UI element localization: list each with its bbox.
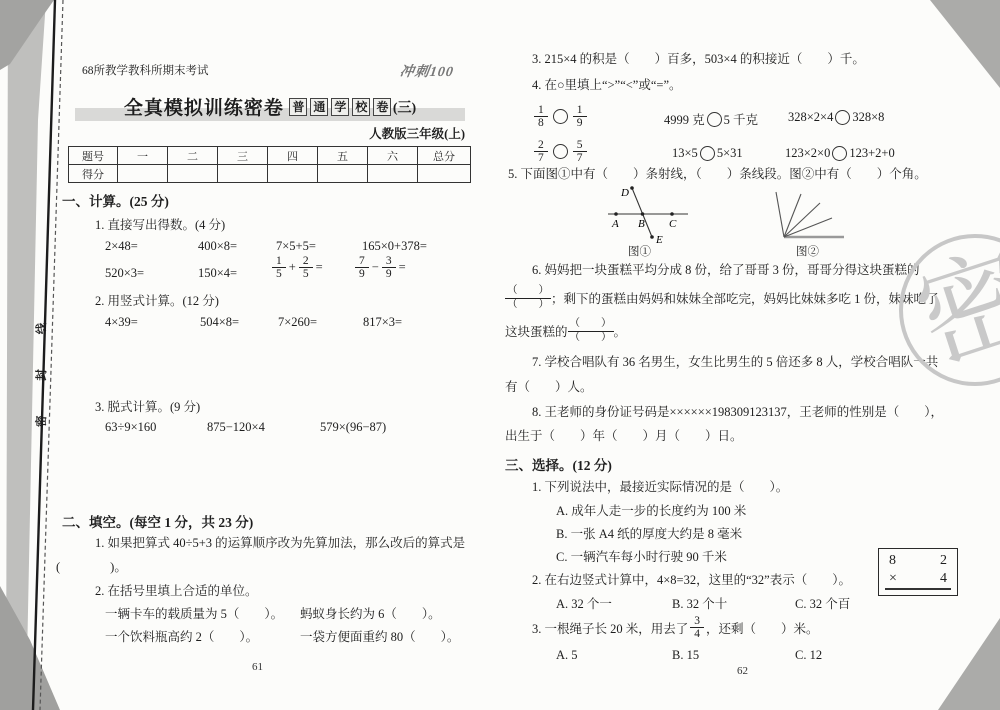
calc-q2-item: 504×8= bbox=[200, 315, 239, 331]
fill-q2-item1: 一辆卡车的载质量为 5（ ）。 bbox=[105, 607, 283, 623]
compare-left: 4999 克 bbox=[664, 110, 705, 128]
point-label-B: B bbox=[638, 218, 645, 230]
fill-q6-line1: 6. 妈妈把一块蛋糕平均分成 8 份，给了哥哥 3 份，哥哥分得这块蛋糕的 bbox=[532, 263, 920, 279]
fraction: 79 bbox=[355, 255, 369, 280]
calc-q1-fraction-sub: 79 − 39 = bbox=[355, 255, 406, 280]
figure1-caption: 图① bbox=[628, 243, 651, 259]
figure2-caption: 图② bbox=[796, 243, 819, 259]
exam-title-row: 全真模拟训练密卷 普通学校卷 (三) bbox=[75, 93, 465, 120]
score-cell-1 bbox=[118, 165, 168, 183]
fill-q4-compare-r2c1: 27 57 bbox=[534, 139, 587, 164]
score-table: 题号 一 二 三 四 五 六 总分 得分 bbox=[68, 146, 471, 183]
calc-q2-label: 2. 用竖式计算。(12 分) bbox=[95, 291, 219, 309]
digit: 8 bbox=[889, 552, 896, 570]
calc-q3-item: 63÷9×160 bbox=[105, 420, 156, 436]
score-cell-5 bbox=[318, 165, 368, 183]
operator: − bbox=[372, 260, 379, 275]
section2-title: 二、填空。(每空 1 分，共 23 分) bbox=[62, 511, 253, 531]
fill-q6-line3: 这块蛋糕的 （ ） （ ） 。 bbox=[505, 318, 626, 344]
point-label-A: A bbox=[611, 218, 619, 230]
score-row-label: 得分 bbox=[69, 165, 118, 183]
choice-q2-optionB: B. 32 个十 bbox=[672, 597, 727, 613]
left-page-number: 61 bbox=[252, 661, 263, 673]
times-sign: × bbox=[889, 570, 897, 588]
exam-title: 全真模拟训练密卷 bbox=[124, 93, 284, 120]
choice-q3-suffix: ，还剩（ ）米。 bbox=[706, 619, 819, 637]
compare-circle bbox=[700, 146, 715, 161]
fill-q6-line2: （ ） （ ） ；剩下的蛋糕由妈妈和妹妹全部吃完，妈妈比妹妹多吃 1 份，妹妹吃… bbox=[505, 285, 939, 311]
brand-logo: 冲刺100 bbox=[399, 61, 456, 81]
calc-q2-item: 7×260= bbox=[278, 315, 317, 331]
multiplication-row1: 8 2 bbox=[885, 552, 951, 570]
score-cell-6 bbox=[368, 165, 418, 183]
boxchar-4: 校 bbox=[352, 98, 370, 116]
compare-circle bbox=[835, 110, 850, 125]
compare-left: 13×5 bbox=[672, 146, 698, 161]
calc-q2-item: 817×3= bbox=[363, 315, 402, 331]
fill-q8-line1: 8. 王老师的身份证号码是××××××198309123137，王老师的性别是（… bbox=[532, 405, 943, 421]
point-label-C: C bbox=[669, 218, 677, 230]
calc-q2-item: 4×39= bbox=[105, 315, 138, 331]
choice-q1-optionA: A. 成年人走一步的长度约为 100 米 bbox=[556, 504, 746, 520]
calc-q3-label: 3. 脱式计算。(9 分) bbox=[95, 397, 200, 415]
boxchar-1: 普 bbox=[289, 98, 307, 116]
compare-left: 328×2×4 bbox=[788, 110, 833, 125]
compare-right: 123+2+0 bbox=[849, 146, 894, 161]
corner-bottom-right bbox=[938, 618, 1000, 710]
fill-q1-answer-blank: ( )。 bbox=[56, 560, 127, 576]
fill-q1-line1: 1. 如果把算式 40÷5+3 的运算顺序改为先算加法，那么改后的算式是 bbox=[95, 536, 465, 552]
fill-q2-item2: 蚂蚁身长约为 6（ ）。 bbox=[300, 607, 441, 623]
compare-left: 123×2×0 bbox=[785, 146, 830, 161]
compare-circle bbox=[707, 112, 722, 127]
fill-q6-line2-text: ；剩下的蛋糕由妈妈和妹妹全部吃完，妈妈比妹妹多吃 1 份，妹妹吃了 bbox=[551, 289, 939, 307]
calc-q1-item: 400×8= bbox=[198, 239, 237, 255]
calc-q3-item: 579×(96−87) bbox=[320, 420, 386, 436]
score-table-header-row: 题号 一 二 三 四 五 六 总分 bbox=[69, 147, 471, 165]
equals-sign: = bbox=[399, 260, 406, 275]
section1-title: 一、计算。(25 分) bbox=[62, 190, 169, 210]
fill-q2-item3: 一个饮料瓶高约 2（ ）。 bbox=[105, 630, 258, 646]
score-cell-total bbox=[418, 165, 471, 183]
choice-q2-text: 2. 在右边竖式计算中，4×8=32，这里的“32”表示（ ）。 bbox=[532, 573, 851, 589]
fill-q5-text: 5. 下面图①中有（ ）条射线，（ ）条线段。图②中有（ ）个角。 bbox=[508, 167, 927, 183]
right-page-number: 62 bbox=[737, 665, 748, 677]
boxchar-2: 通 bbox=[310, 98, 328, 116]
calc-q1-item: 520×3= bbox=[105, 266, 144, 282]
calc-q3-item: 875−120×4 bbox=[207, 420, 265, 436]
score-col-4: 四 bbox=[268, 147, 318, 165]
choice-q1-optionB: B. 一张 A4 纸的厚度大约是 8 毫米 bbox=[556, 527, 742, 543]
title-boxed-chars: 普通学校卷 bbox=[288, 98, 393, 116]
fill-q2-label: 2. 在括号里填上合适的单位。 bbox=[95, 584, 258, 600]
exam-source-text: 68所教学教科所期末考试 bbox=[82, 64, 209, 78]
edition-label: 人教版三年级(上) bbox=[75, 124, 465, 142]
score-col-5: 五 bbox=[318, 147, 368, 165]
score-cell-4 bbox=[268, 165, 318, 183]
fill-q6-line3-prefix: 这块蛋糕的 bbox=[505, 322, 568, 340]
section3-title: 三、选择。(12 分) bbox=[505, 454, 612, 474]
point-label-E: E bbox=[655, 234, 663, 246]
boxchar-3: 学 bbox=[331, 98, 349, 116]
fill-q7-line1: 7. 学校合唱队有 36 名男生，女生比男生的 5 倍还多 8 人，学校合唱队一… bbox=[532, 355, 938, 371]
figure1-rays-segments: D A B C E bbox=[588, 180, 708, 246]
choice-q3-prefix: 3. 一根绳子长 20 米，用去了 bbox=[532, 619, 688, 637]
title-suffix: (三) bbox=[393, 97, 416, 117]
corner-bottom-left bbox=[0, 586, 60, 710]
fraction: 3 4 bbox=[690, 615, 704, 640]
choice-q1-optionC: C. 一辆汽车每小时行驶 90 千米 bbox=[556, 550, 727, 566]
vertical-multiplication-box: 8 2 × 4 bbox=[878, 548, 958, 596]
score-col-total: 总分 bbox=[418, 147, 471, 165]
calc-q1-fraction-add: 15 + 25 = bbox=[272, 255, 323, 280]
blank-fraction: （ ） （ ） bbox=[568, 318, 614, 344]
fraction: 57 bbox=[573, 139, 587, 164]
fill-q4-compare-r1c2: 4999 克 5 千克 bbox=[664, 110, 758, 128]
fill-q3-text: 3. 215×4 的积是（ ）百多，503×4 的积接近（ ）千。 bbox=[532, 52, 865, 68]
choice-q3-text: 3. 一根绳子长 20 米，用去了 3 4 ，还剩（ ）米。 bbox=[532, 615, 819, 640]
compare-circle bbox=[553, 144, 568, 159]
score-col-label: 题号 bbox=[69, 147, 118, 165]
operator: + bbox=[289, 260, 296, 275]
score-col-2: 二 bbox=[168, 147, 218, 165]
point-label-D: D bbox=[620, 187, 629, 199]
fraction: 27 bbox=[534, 139, 548, 164]
fill-q7-line2: 有（ ）人。 bbox=[505, 380, 593, 396]
calc-q1-label: 1. 直接写出得数。(4 分) bbox=[95, 215, 225, 233]
corner-top-right bbox=[930, 0, 1000, 88]
choice-q3-optionC: C. 12 bbox=[795, 648, 822, 664]
choice-q2-optionA: A. 32 个一 bbox=[556, 597, 612, 613]
fraction: 39 bbox=[382, 255, 396, 280]
fill-q4-compare-r1c1: 18 19 bbox=[534, 104, 587, 129]
fill-q4-compare-r1c3: 328×2×4 328×8 bbox=[788, 110, 884, 125]
blank-fraction: （ ） （ ） bbox=[505, 285, 551, 311]
fill-q2-item4: 一袋方便面重约 80（ ）。 bbox=[300, 630, 459, 646]
multiplication-row2: × 4 bbox=[885, 570, 951, 591]
compare-right: 328×8 bbox=[852, 110, 884, 125]
digit: 2 bbox=[940, 552, 947, 570]
fill-q4-label: 4. 在○里填上“>”“<”或“=”。 bbox=[532, 78, 682, 94]
fill-q6-line3-suffix: 。 bbox=[614, 322, 627, 340]
score-col-3: 三 bbox=[218, 147, 268, 165]
score-cell-2 bbox=[168, 165, 218, 183]
digit: 4 bbox=[940, 570, 947, 588]
fill-q8-line2: 出生于（ ）年（ ）月（ ）日。 bbox=[505, 429, 743, 445]
boxchar-5: 卷 bbox=[373, 98, 391, 116]
fraction: 18 bbox=[534, 104, 548, 129]
choice-q3-optionA: A. 5 bbox=[556, 648, 578, 664]
compare-circle bbox=[553, 109, 568, 124]
choice-q1-text: 1. 下列说法中，最接近实际情况的是（ ）。 bbox=[532, 480, 788, 496]
fraction: 15 bbox=[272, 255, 286, 280]
calc-q1-item: 2×48= bbox=[105, 239, 138, 255]
calc-q1-item: 165×0+378= bbox=[362, 239, 427, 255]
compare-right: 5×31 bbox=[717, 146, 743, 161]
equals-sign: = bbox=[316, 260, 323, 275]
fraction: 19 bbox=[573, 104, 587, 129]
compare-right: 5 千克 bbox=[724, 110, 758, 128]
compare-circle bbox=[832, 146, 847, 161]
calc-q1-item: 150×4= bbox=[198, 266, 237, 282]
score-col-1: 一 bbox=[118, 147, 168, 165]
score-cell-3 bbox=[218, 165, 268, 183]
choice-q2-optionC: C. 32 个百 bbox=[795, 597, 850, 613]
calc-q1-item: 7×5+5= bbox=[276, 239, 316, 255]
fill-q4-compare-r2c3: 123×2×0 123+2+0 bbox=[785, 146, 895, 161]
figure2-angles bbox=[768, 178, 860, 244]
book-edge-strip bbox=[6, 0, 46, 710]
score-table-score-row: 得分 bbox=[69, 165, 471, 183]
fill-q4-compare-r2c2: 13×5 5×31 bbox=[672, 146, 743, 161]
choice-q3-optionB: B. 15 bbox=[672, 648, 699, 664]
fraction: 25 bbox=[299, 255, 313, 280]
score-col-6: 六 bbox=[368, 147, 418, 165]
